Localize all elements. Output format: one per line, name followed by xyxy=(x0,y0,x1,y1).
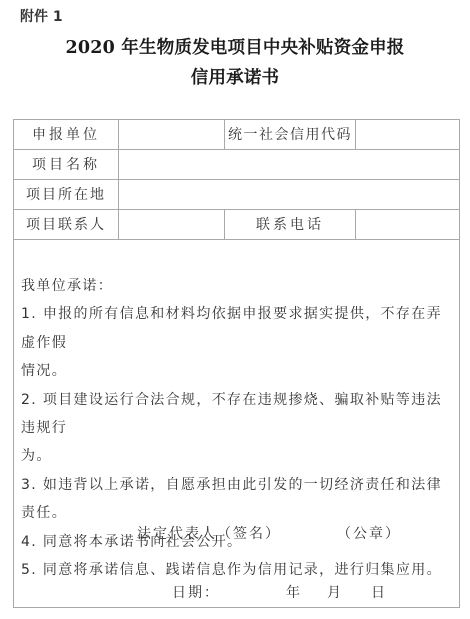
legal-representative-signature-label: 法定代表人（签名） xyxy=(137,523,281,543)
label-credit-code: 统一社会信用代码 xyxy=(225,120,355,150)
commitment-line: 2. 项目建设运行合法合规，不存在违规掺烧、骗取补贴等违法违规行 xyxy=(21,386,457,443)
commitment-line: 5. 同意将承诺信息、践诺信息作为信用记录，进行归集应用。 xyxy=(21,556,457,584)
date-label: 日期： xyxy=(172,582,220,602)
applicant-unit-field[interactable] xyxy=(119,120,224,150)
project-name-field[interactable] xyxy=(119,150,460,180)
label-project-location: 项目所在地 xyxy=(14,180,118,210)
commitment-line: 1. 申报的所有信息和材料均依据申报要求据实提供，不存在弄虚作假 xyxy=(21,300,457,357)
commitment-line: 3. 如违背以上承诺，自愿承担由此引发的一切经济责任和法律责任。 xyxy=(21,471,457,528)
document-title-line1: 2020 年生物质发电项目中央补贴资金申报 xyxy=(0,34,470,59)
date-day-label: 日 xyxy=(371,582,387,602)
commitment-form: 申报单位 统一社会信用代码 项目名称 项目所在地 项目联系人 联系电话 我单位承… xyxy=(13,119,460,608)
commitment-line: 情况。 xyxy=(21,357,457,385)
label-contact-phone: 联系电话 xyxy=(225,210,355,240)
document-title-line2: 信用承诺书 xyxy=(0,64,470,89)
label-project-name: 项目名称 xyxy=(14,150,118,180)
commitment-line: 为。 xyxy=(21,442,457,470)
attachment-label: 附件 1 xyxy=(20,6,63,26)
project-contact-field[interactable] xyxy=(119,210,224,240)
label-project-contact: 项目联系人 xyxy=(14,210,118,240)
credit-code-field[interactable] xyxy=(356,120,460,150)
contact-phone-field[interactable] xyxy=(356,210,460,240)
date-year-label: 年 xyxy=(286,582,302,602)
commitment-intro: 我单位承诺： xyxy=(21,272,457,300)
date-month-label: 月 xyxy=(327,582,343,602)
project-location-field[interactable] xyxy=(119,180,460,210)
official-seal-label: （公章） xyxy=(337,523,401,543)
label-applicant-unit: 申报单位 xyxy=(14,120,118,150)
